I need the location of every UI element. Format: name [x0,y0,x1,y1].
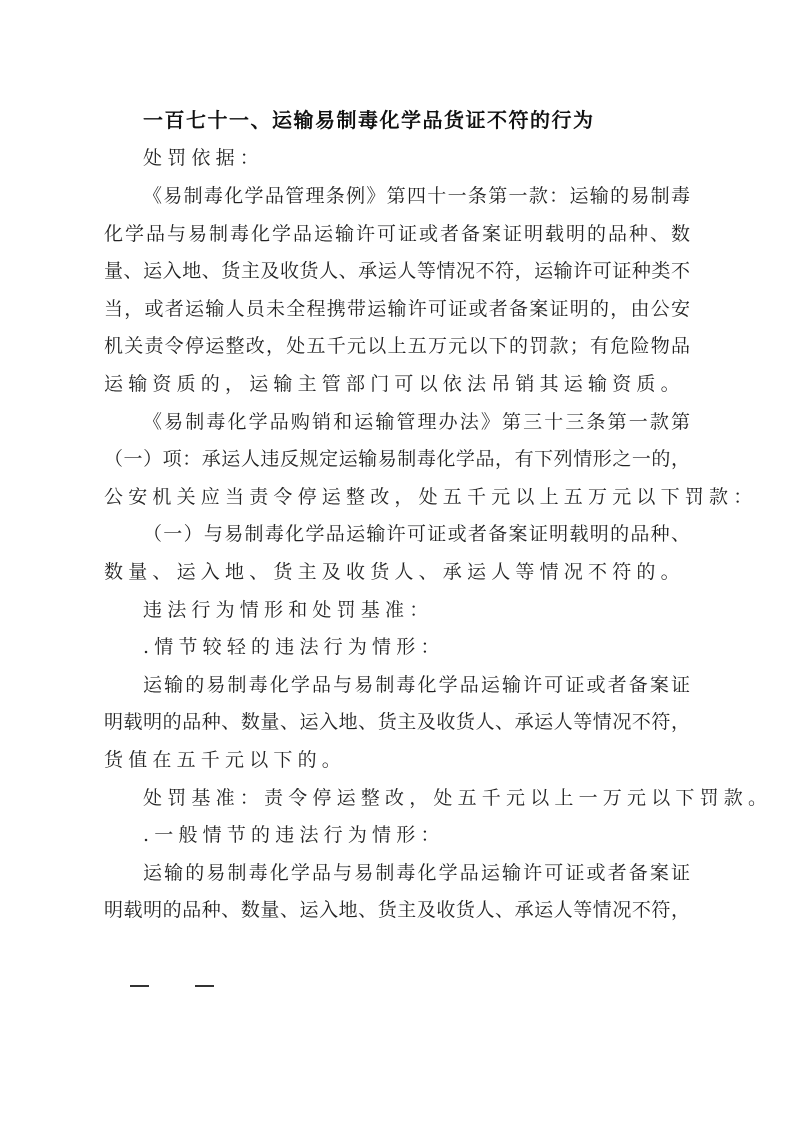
paragraph-line: 运输资质的，运输主管部门可以依法吊销其运输资质。 [104,372,690,396]
paragraph-line: 《易制毒化学品管理条例》第四十一条第一款：运输的易制毒 [143,184,690,208]
paragraph-line: （一）项：承运人违反规定运输易制毒化学品，有下列情形之一的， [104,447,690,471]
paragraph-line: 明载明的品种、数量、运入地、货主及收货人、承运人等情况不符， [104,710,690,734]
paragraph-line: 运输的易制毒化学品与易制毒化学品运输许可证或者备案证 [143,861,690,885]
paragraph-line: 机关责令停运整改，处五千元以上五万元以下的罚款；有危险物品 [104,334,690,358]
subheading-general-case: .一般情节的违法行为情形： [143,823,690,847]
paragraph-line: 运输的易制毒化学品与易制毒化学品运输许可证或者备案证 [143,673,690,697]
paragraph-line: 量、运入地、货主及收货人、承运人等情况不符，运输许可证种类不 [104,259,690,283]
paragraph-line: 公安机关应当责令停运整改，处五千元以上五万元以下罚款： [104,485,690,509]
paragraph-line: （一）与易制毒化学品运输许可证或者备案证明载明的品种、 [143,522,690,546]
paragraph-line: 化学品与易制毒化学品运输许可证或者备案证明载明的品种、数 [104,222,690,246]
heading-violation-and-standard: 违法行为情形和处罚基准： [143,598,690,622]
paragraph-line: 当，或者运输人员未全程携带运输许可证或者备案证明的，由公安 [104,297,690,321]
paragraph-line: 货值在五千元以下的。 [104,748,690,772]
penalty-standard-minor: 处罚基准：责令停运整改，处五千元以上一万元以下罚款。 [143,786,690,810]
footer-right-dash [195,985,214,987]
heading-penalty-basis: 处罚依据： [143,146,690,170]
paragraph-line: 明载明的品种、数量、运入地、货主及收货人、承运人等情况不符， [104,898,690,922]
footer-left-dash [130,985,149,987]
paragraph-line: 《易制毒化学品购销和运输管理办法》第三十三条第一款第 [143,410,690,434]
document-page: 一百七十一、运输易制毒化学品货证不符的行为 处罚依据： 《易制毒化学品管理条例》… [0,0,793,1122]
paragraph-line: 数量、运入地、货主及收货人、承运人等情况不符的。 [104,560,690,584]
subheading-minor-case: .情节较轻的违法行为情形： [143,635,690,659]
section-title: 一百七十一、运输易制毒化学品货证不符的行为 [143,107,595,133]
